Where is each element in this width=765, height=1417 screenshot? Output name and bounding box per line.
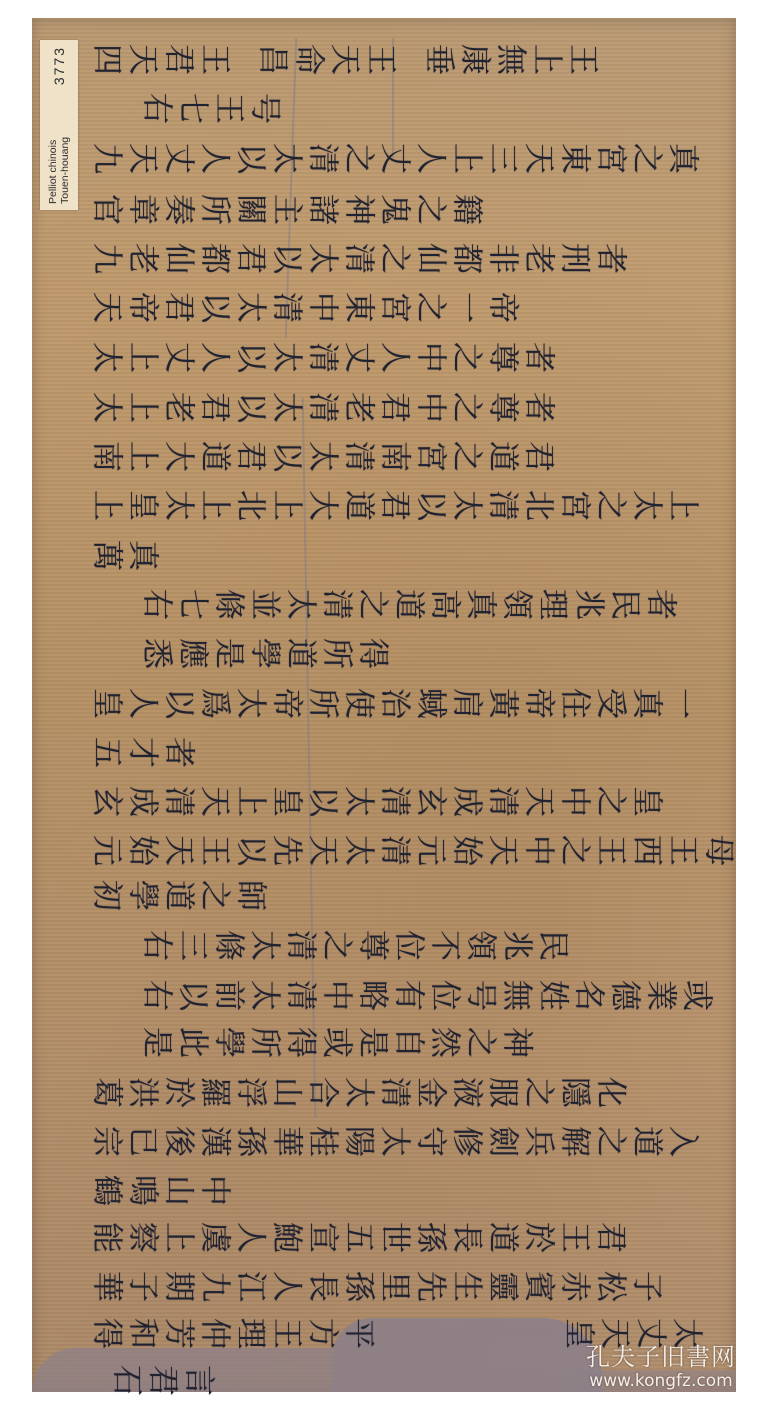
manuscript-character: 都	[451, 241, 482, 277]
manuscript-character: 孫	[415, 1220, 446, 1256]
manuscript-character: 号	[465, 978, 496, 1014]
manuscript-character: 之	[357, 587, 388, 623]
manuscript-character: 西	[631, 833, 662, 869]
manuscript-character: 萬	[91, 538, 122, 574]
manuscript-character: 並	[249, 587, 280, 623]
manuscript-character: 人	[199, 340, 230, 376]
manuscript-character: 上	[667, 488, 698, 524]
manuscript-character: 上	[91, 488, 122, 524]
manuscript-line: 悉應是學道所得	[138, 638, 390, 669]
manuscript-character: 太	[451, 488, 482, 524]
manuscript-character: 始	[451, 833, 482, 869]
manuscript-character: 以	[199, 290, 230, 326]
manuscript-character: 才	[127, 735, 158, 771]
manuscript-character: 子	[127, 1269, 158, 1305]
manuscript-character: 帝	[487, 290, 518, 326]
manuscript-character: 華	[271, 1124, 302, 1160]
manuscript-character: 入	[667, 1124, 698, 1160]
manuscript-character: 平	[343, 1316, 374, 1352]
manuscript-character: 七	[177, 587, 208, 623]
manuscript-character: 之	[199, 878, 230, 914]
manuscript-character: 治	[379, 686, 410, 722]
manuscript-character: 上	[127, 439, 158, 475]
manuscript-character: 兆	[501, 928, 532, 964]
manuscript-line: 得和芳仲理王方平	[88, 1318, 376, 1349]
manuscript-character: 天	[329, 42, 360, 78]
manuscript-line: 華子期九江人長孫里先生靈賓赤松子	[88, 1271, 664, 1302]
manuscript-character: 右	[141, 928, 172, 964]
manuscript-line: 太上老君以太清老君中之尊者	[88, 392, 556, 423]
manuscript-character: 九	[91, 241, 122, 277]
manuscript-line: 鶴鳴山中	[88, 1175, 232, 1206]
manuscript-character: 之	[559, 833, 590, 869]
manuscript-character: 浮	[235, 1075, 266, 1111]
manuscript-character: 道	[343, 488, 374, 524]
manuscript-line: 右七條並太清之道高真領理兆民者	[138, 589, 678, 620]
manuscript-character: 孫	[343, 1269, 374, 1305]
manuscript-character: 關	[235, 192, 266, 228]
manuscript-character: 上	[531, 42, 562, 78]
manuscript-character: 理	[235, 1316, 266, 1352]
manuscript-character: 道	[393, 587, 424, 623]
manuscript-character: 兆	[573, 587, 604, 623]
manuscript-character: 肩	[451, 686, 482, 722]
manuscript-character: 清	[343, 241, 374, 277]
manuscript-character: 老	[523, 241, 554, 277]
manuscript-character: 大	[163, 439, 194, 475]
manuscript-character: 号	[249, 91, 280, 127]
manuscript-character: 所	[307, 686, 338, 722]
manuscript-character: 液	[451, 1075, 482, 1111]
manuscript-character: 以	[235, 390, 266, 426]
manuscript-character: 應	[177, 636, 208, 672]
manuscript-character: 師	[235, 878, 266, 914]
manuscript-character: 皇	[91, 686, 122, 722]
manuscript-character: 老	[127, 241, 158, 277]
manuscript-line: 右以前太清中略有位号無姓名德業或	[138, 980, 714, 1011]
manuscript-character: 姓	[537, 978, 568, 1014]
manuscript-character: 人	[415, 141, 446, 177]
manuscript-character: 以	[307, 784, 338, 820]
manuscript-character: 松	[595, 1269, 626, 1305]
manuscript-character: 鬼	[379, 192, 410, 228]
manuscript-character: 君	[147, 1363, 178, 1399]
manuscript-character: 蜮	[415, 686, 446, 722]
manuscript-character: 東	[559, 141, 590, 177]
manuscript-character: 王	[667, 833, 698, 869]
manuscript-character: 玄	[91, 784, 122, 820]
manuscript-character: 丈	[163, 141, 194, 177]
manuscript-character: 之	[451, 439, 482, 475]
manuscript-character: 尊	[487, 340, 518, 376]
manuscript-character: 學	[249, 636, 280, 672]
manuscript-character: 領	[465, 928, 496, 964]
manuscript-character: 學	[127, 878, 158, 914]
manuscript-character: 君	[235, 241, 266, 277]
manuscript-line: 太上丈人以太清丈人中之尊者	[88, 342, 556, 373]
manuscript-character: 真	[667, 141, 698, 177]
manuscript-character: 之	[451, 390, 482, 426]
manuscript-character: 上	[271, 488, 302, 524]
manuscript-character: 天	[127, 141, 158, 177]
manuscript-character: 然	[429, 1025, 460, 1061]
manuscript-character: 尊	[487, 390, 518, 426]
manuscript-character: 之	[523, 1075, 554, 1111]
manuscript-character: 世	[379, 1220, 410, 1256]
manuscript-character: 太	[285, 587, 316, 623]
manuscript-character: 宣	[307, 1220, 338, 1256]
manuscript-character: 天	[523, 784, 554, 820]
manuscript-character: 賓	[523, 1269, 554, 1305]
manuscript-character: 玄	[415, 784, 446, 820]
manuscript-character: 宮	[595, 141, 626, 177]
manuscript-character: 宮	[379, 290, 410, 326]
manuscript-character: 名	[573, 978, 604, 1014]
manuscript-character: 無	[495, 42, 526, 78]
manuscript-character: 中	[523, 833, 554, 869]
manuscript-character: 於	[523, 1220, 554, 1256]
manuscript-line: 是此學所得或是自然之神	[138, 1027, 534, 1058]
manuscript-character: 清	[307, 390, 338, 426]
manuscript-character: 期	[163, 1269, 194, 1305]
manuscript-character: 服	[487, 1075, 518, 1111]
manuscript-character: 所	[199, 192, 230, 228]
manuscript-character: 君	[235, 439, 266, 475]
manuscript-line: 能察上虞人鮑宣五世孫長道於王君	[88, 1222, 628, 1253]
manuscript-character: 自	[393, 1025, 424, 1061]
manuscript-character: 清	[285, 978, 316, 1014]
manuscript-character: 人	[127, 686, 158, 722]
manuscript-line: 天帝君以太清中東宮之一帝	[88, 292, 520, 323]
manuscript-character: 清	[379, 1075, 410, 1111]
manuscript-character: 太	[379, 1124, 410, 1160]
manuscript-character: 成	[127, 784, 158, 820]
manuscript-character: 以	[235, 833, 266, 869]
manuscript-line: 官章奏所關主諸神鬼之籍	[88, 194, 484, 225]
manuscript-character: 中	[415, 390, 446, 426]
manuscript-character: 劍	[487, 1124, 518, 1160]
manuscript-character: 人	[235, 1220, 266, 1256]
manuscript-character: 和	[127, 1316, 158, 1352]
manuscript-character: 芳	[163, 1316, 194, 1352]
manuscript-character: 上	[235, 784, 266, 820]
manuscript-character: 太	[91, 340, 122, 376]
manuscript-character: 昌	[257, 42, 288, 78]
manuscript-character: 天	[163, 833, 194, 869]
manuscript-character: 真	[631, 686, 662, 722]
manuscript-character: 丈	[379, 141, 410, 177]
manuscript-character: 七	[177, 91, 208, 127]
manuscript-line: 右三條太清之尊位不領兆民	[138, 930, 570, 961]
manuscript-character: 帝	[523, 686, 554, 722]
manuscript-character: 略	[357, 978, 388, 1014]
manuscript-character: 天	[91, 290, 122, 326]
manuscript-character: 之	[321, 928, 352, 964]
manuscript-character: 王	[213, 91, 244, 127]
manuscript-character: 南	[379, 439, 410, 475]
manuscript-character: 者	[523, 340, 554, 376]
manuscript-character: 以	[163, 686, 194, 722]
manuscript-character: 神	[343, 192, 374, 228]
manuscript-character: 靈	[487, 1269, 518, 1305]
manuscript-character: 上	[199, 488, 230, 524]
manuscript-character: 察	[127, 1220, 158, 1256]
manuscript-character: 之	[465, 1025, 496, 1061]
manuscript-character: 官	[91, 192, 122, 228]
manuscript-character: 使	[343, 686, 374, 722]
manuscript-character: 丈	[343, 340, 374, 376]
manuscript-character: 之	[451, 340, 482, 376]
manuscript-character: 太	[271, 141, 302, 177]
manuscript-character: 王	[595, 833, 626, 869]
manuscript-character: 所	[321, 636, 352, 672]
manuscript-character: 中	[321, 978, 352, 1014]
manuscript-character: 真	[465, 587, 496, 623]
manuscript-character: 無	[501, 978, 532, 1014]
manuscript-character: 漢	[199, 1124, 230, 1160]
manuscript-character: 宗	[91, 1124, 122, 1160]
manuscript-character: 仲	[199, 1316, 230, 1352]
manuscript-character: 有	[393, 978, 424, 1014]
manuscript-character: 清	[487, 488, 518, 524]
manuscript-character: 里	[379, 1269, 410, 1305]
manuscript-character: 帝	[127, 290, 158, 326]
manuscript-character: 尊	[357, 928, 388, 964]
manuscript-character: 陽	[343, 1124, 374, 1160]
manuscript-character: 領	[501, 587, 532, 623]
manuscript-character: 一	[451, 290, 482, 326]
manuscript-character: 道	[631, 1124, 662, 1160]
manuscript-character: 太	[631, 488, 662, 524]
manuscript-line: 宗已後漢孫華桂陽太守修劍兵解之道入	[88, 1126, 700, 1157]
manuscript-character: 清	[271, 290, 302, 326]
manuscript-character: 黃	[487, 686, 518, 722]
manuscript-character: 皇	[631, 784, 662, 820]
manuscript-character: 道	[487, 439, 518, 475]
manuscript-character: 大	[307, 488, 338, 524]
watermark-url: www.kongfz.com	[576, 1371, 746, 1391]
manuscript-character: 帝	[271, 686, 302, 722]
manuscript-character: 是	[213, 636, 244, 672]
manuscript-character: 者	[163, 735, 194, 771]
manuscript-character: 得	[91, 1316, 122, 1352]
manuscript-character: 理	[537, 587, 568, 623]
manuscript-character: 得	[357, 636, 388, 672]
manuscript-character: 主	[271, 192, 302, 228]
manuscript-character: 天	[487, 833, 518, 869]
manuscript-character: 上	[451, 141, 482, 177]
manuscript-character: 之	[631, 141, 662, 177]
manuscript-character: 太	[271, 340, 302, 376]
manuscript-character: 是	[357, 1025, 388, 1061]
manuscript-character: 太	[163, 488, 194, 524]
manuscript-line: 葛洪於羅浮山合太清金液服之隱化	[88, 1077, 628, 1108]
manuscript-character: 爲	[199, 686, 230, 722]
manuscript-character: 桂	[307, 1124, 338, 1160]
manuscript-character: 北	[523, 488, 554, 524]
manuscript-character: 後	[163, 1124, 194, 1160]
manuscript-character: 君	[163, 42, 194, 78]
manuscript-character: 四	[91, 42, 122, 78]
manuscript-character: 太	[91, 390, 122, 426]
manuscript-character: 學	[213, 1025, 244, 1061]
manuscript-character: 得	[285, 1025, 316, 1061]
manuscript-character: 宮	[415, 439, 446, 475]
manuscript-character: 右	[141, 978, 172, 1014]
manuscript-character: 九	[91, 141, 122, 177]
manuscript-character: 康	[459, 42, 490, 78]
manuscript-character: 丈	[163, 340, 194, 376]
manuscript-line: 皇人以爲太帝所使治蜮肩黃帝住受真一	[88, 688, 700, 719]
manuscript-character: 道	[163, 878, 194, 914]
manuscript-character: 洪	[127, 1075, 158, 1111]
manuscript-character: 之	[595, 488, 626, 524]
manuscript-character: 孫	[235, 1124, 266, 1160]
manuscript-character: 太	[307, 241, 338, 277]
manuscript-character: 葛	[91, 1075, 122, 1111]
manuscript-character: 是	[141, 1025, 172, 1061]
manuscript-character: 君	[199, 390, 230, 426]
manuscript-character: 以	[235, 141, 266, 177]
manuscript-character: 鳴	[127, 1173, 158, 1209]
manuscript-character: 中	[199, 1173, 230, 1209]
manuscript-character: 天	[199, 784, 230, 820]
manuscript-character: 太	[235, 290, 266, 326]
manuscript-character: 宮	[559, 488, 590, 524]
manuscript-character: 上	[127, 390, 158, 426]
manuscript-character: 前	[213, 978, 244, 1014]
manuscript-character: 右	[141, 587, 172, 623]
manuscript-character: 清	[307, 340, 338, 376]
manuscript-character: 民	[537, 928, 568, 964]
manuscript-character: 太	[249, 978, 280, 1014]
manuscript-character: 方	[307, 1316, 338, 1352]
manuscript-character: 章	[127, 192, 158, 228]
manuscript-line: 玄成清天上皇以太清玄成清天中之皇	[88, 786, 664, 817]
manuscript-character: 清	[379, 833, 410, 869]
manuscript-character: 元	[91, 833, 122, 869]
manuscript-character: 清	[487, 784, 518, 820]
manuscript-character: 或	[681, 978, 712, 1014]
manuscript-character: 君	[163, 290, 194, 326]
manuscript-character: 清	[163, 784, 194, 820]
manuscript-character: 者	[645, 587, 676, 623]
manuscript-character: 生	[451, 1269, 482, 1305]
manuscript-character: 太	[343, 833, 374, 869]
manuscript-character: 清	[285, 928, 316, 964]
manuscript-line: 初學道之師	[88, 880, 268, 911]
manuscript-character: 華	[91, 1269, 122, 1305]
manuscript-character: 此	[177, 1025, 208, 1061]
manuscript-character: 天	[127, 42, 158, 78]
manuscript-character: 三	[177, 928, 208, 964]
manuscript-character: 老	[163, 390, 194, 426]
manuscript-character: 兵	[523, 1124, 554, 1160]
manuscript-character: 君	[379, 390, 410, 426]
manuscript-character: 赤	[559, 1269, 590, 1305]
manuscript-character: 能	[91, 1220, 122, 1256]
manuscript-character: 山	[271, 1075, 302, 1111]
manuscript-character: 以	[415, 488, 446, 524]
manuscript-character: 民	[609, 587, 640, 623]
manuscript-character: 皇	[271, 784, 302, 820]
manuscript-line: 九天丈人以太清之丈人上三天東宮之真	[88, 143, 700, 174]
manuscript-text: 四天君王 昌命天王 垂康無上王右七王号九天丈人以太清之丈人上三天東宮之真官章奏所…	[0, 0, 765, 1417]
manuscript-character: 者	[595, 241, 626, 277]
manuscript-character: 鮑	[271, 1220, 302, 1256]
manuscript-character: 先	[415, 1269, 446, 1305]
manuscript-character: 上	[163, 1220, 194, 1256]
manuscript-character: 南	[91, 439, 122, 475]
manuscript-character: 業	[645, 978, 676, 1014]
manuscript-character: 九	[199, 1269, 230, 1305]
manuscript-character: 不	[429, 928, 460, 964]
manuscript-character: 之	[595, 784, 626, 820]
manuscript-line: 石君言	[108, 1365, 216, 1396]
manuscript-character: 先	[271, 833, 302, 869]
manuscript-character: 五	[91, 735, 122, 771]
manuscript-character: 道	[487, 1220, 518, 1256]
manuscript-character: 太	[343, 1075, 374, 1111]
manuscript-character: 元	[415, 833, 446, 869]
manuscript-character: 已	[127, 1124, 158, 1160]
manuscript-character: 道	[199, 439, 230, 475]
manuscript-character: 真	[127, 538, 158, 574]
manuscript-character: 所	[249, 1025, 280, 1061]
manuscript-character: 始	[127, 833, 158, 869]
manuscript-line: 四天君王 昌命天王 垂康無上王	[88, 44, 600, 75]
manuscript-character: 三	[487, 141, 518, 177]
manuscript-line: 上皇太上北上大道君以太清北宮之太上	[88, 490, 700, 521]
manuscript-character: 受	[595, 686, 626, 722]
watermark-title: 孔夫子旧書网	[576, 1343, 746, 1371]
manuscript-line: 右七王号	[138, 93, 282, 124]
manuscript-character: 修	[451, 1124, 482, 1160]
manuscript-line: 九老仙都君以太清之仙都非老刑者	[88, 243, 628, 274]
manuscript-character: 虞	[199, 1220, 230, 1256]
manuscript-character: 中	[559, 784, 590, 820]
manuscript-character: 解	[559, 1124, 590, 1160]
manuscript-character: 之	[343, 141, 374, 177]
manuscript-character: 化	[595, 1075, 626, 1111]
manuscript-character: 仙	[163, 241, 194, 277]
manuscript-character: 太	[249, 928, 280, 964]
manuscript-character: 一	[667, 686, 698, 722]
manuscript-character: 長	[307, 1269, 338, 1305]
manuscript-character: 悉	[141, 636, 172, 672]
manuscript-character: 子	[631, 1269, 662, 1305]
manuscript-character: 者	[523, 390, 554, 426]
manuscript-character: 合	[307, 1075, 338, 1111]
manuscript-character: 上	[127, 340, 158, 376]
manuscript-character: 之	[379, 241, 410, 277]
manuscript-character: 垂	[423, 42, 454, 78]
manuscript-character: 以	[177, 978, 208, 1014]
manuscript-character: 君	[595, 1220, 626, 1256]
manuscript-character: 太	[235, 686, 266, 722]
manuscript-character: 之	[415, 192, 446, 228]
manuscript-character: 太	[271, 390, 302, 426]
watermark: 孔夫子旧書网 www.kongfz.com	[576, 1343, 746, 1391]
manuscript-line: 元始天王以先天太清元始天中之王西王母	[88, 835, 736, 866]
manuscript-line: 萬真	[88, 540, 160, 571]
manuscript-character: 籍	[451, 192, 482, 228]
manuscript-character: 位	[393, 928, 424, 964]
manuscript-character: 條	[213, 928, 244, 964]
manuscript-character: 奏	[163, 192, 194, 228]
manuscript-character: 王	[271, 1316, 302, 1352]
manuscript-character: 清	[343, 439, 374, 475]
